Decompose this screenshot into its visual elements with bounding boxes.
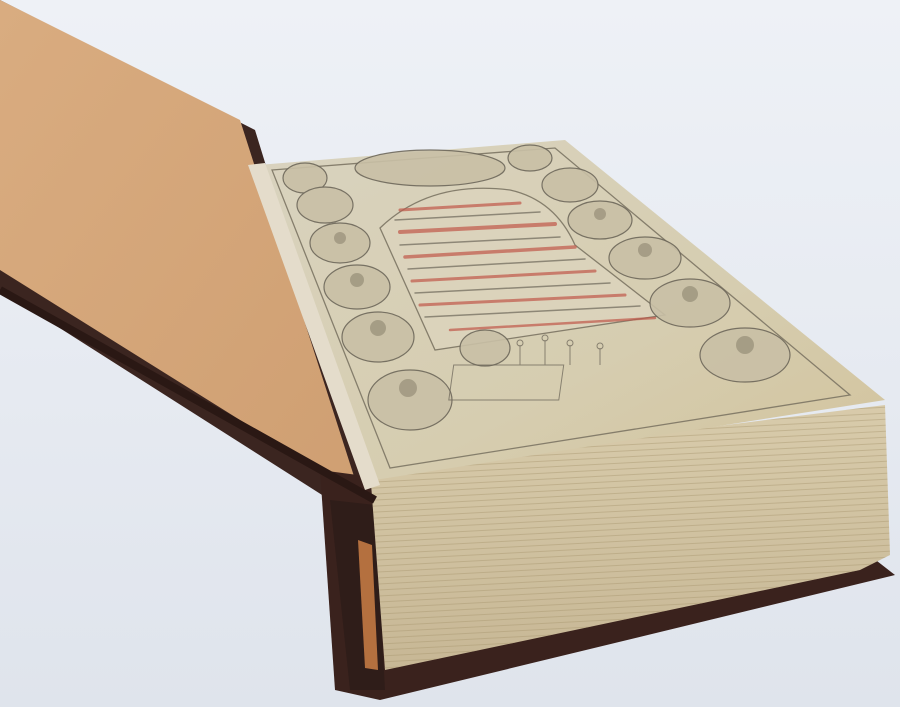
book-illustration <box>0 0 900 707</box>
